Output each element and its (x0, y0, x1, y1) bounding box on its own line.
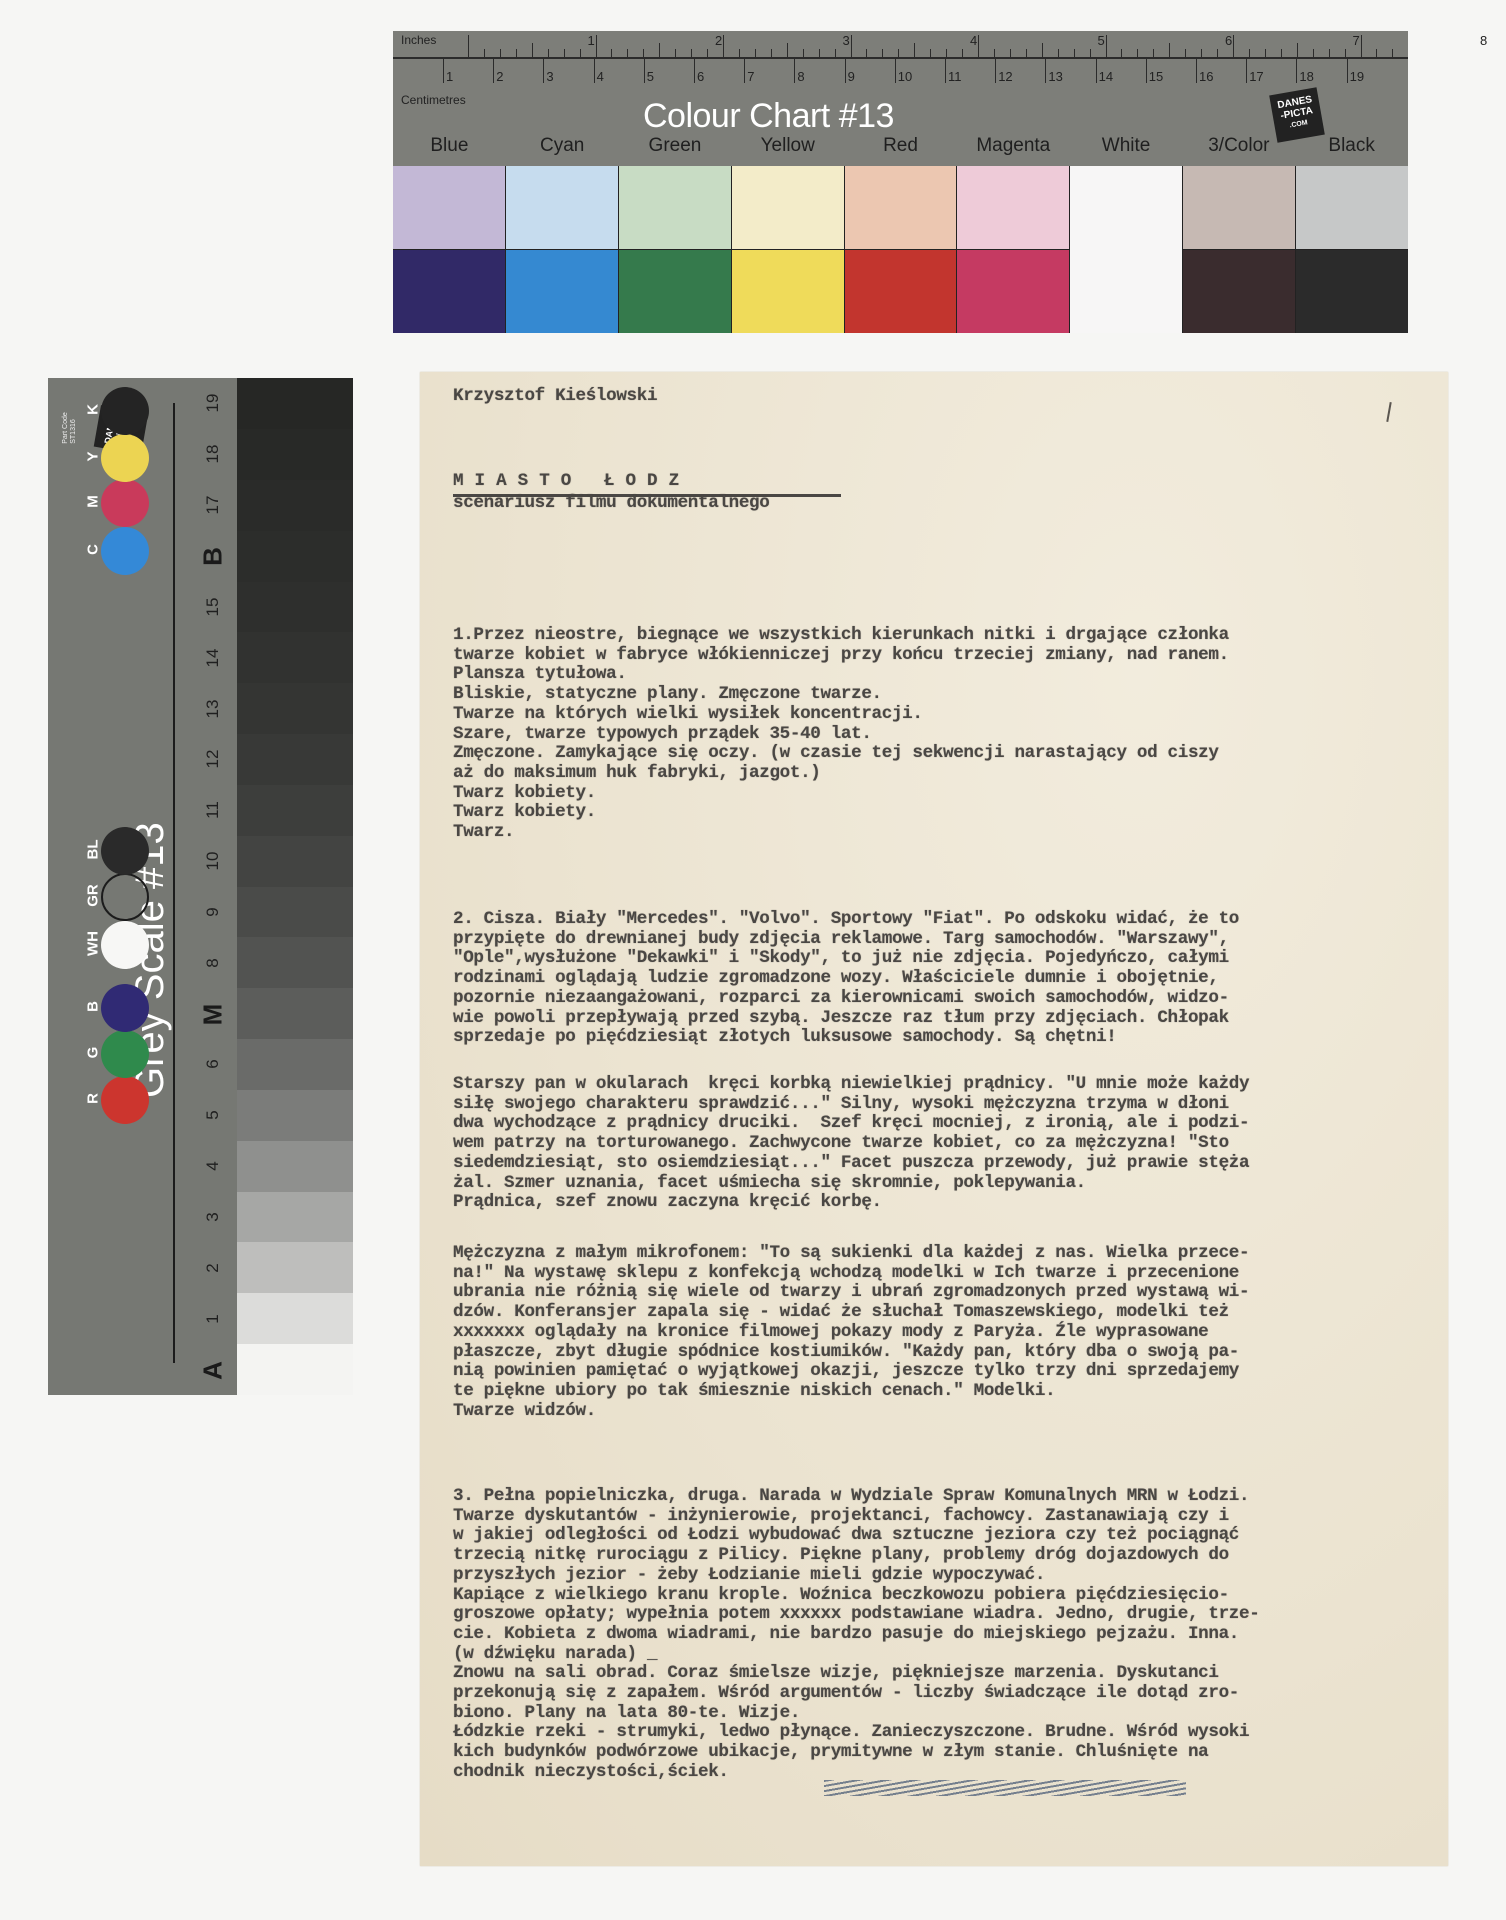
dot-bl (101, 827, 149, 875)
colour-patch-red (845, 166, 958, 333)
patch-label: Green (619, 135, 732, 159)
step-marker: 3 (203, 1202, 223, 1232)
cm-number: 16 (1199, 69, 1213, 84)
cm-number: 9 (848, 69, 855, 84)
colour-patches (393, 166, 1408, 333)
grey-step (237, 785, 353, 836)
colour-patch-white (1070, 166, 1183, 333)
dot-y (101, 434, 149, 482)
step-marker: 2 (203, 1253, 223, 1283)
step-marker: 4 (203, 1151, 223, 1181)
step-marker: 15 (203, 592, 223, 622)
dot-label: Y (85, 442, 102, 472)
grey-step (237, 1090, 353, 1141)
patch-label: 3/Color (1182, 135, 1295, 159)
step-marker: 19 (203, 388, 223, 418)
ruler: Inches 123456781234567891011121314151617… (393, 31, 1408, 89)
grey-scale-card: Part Code ST1316 DANES -PICTA .COM Grey … (48, 378, 353, 1395)
patch-label: Red (844, 135, 957, 159)
ruler-baseline (393, 57, 1408, 59)
step-marker: 12 (203, 744, 223, 774)
typed-document-page: Krzysztof Kieślowski MIASTO ŁODZ scenari… (420, 372, 1448, 1866)
grey-steps (237, 378, 353, 1395)
dot-b (101, 984, 149, 1032)
grey-step (237, 1192, 353, 1243)
cm-number: 5 (647, 69, 654, 84)
dot-m (101, 479, 149, 527)
cm-number: 15 (1149, 69, 1163, 84)
colour-patch-black (1296, 166, 1408, 333)
colour-patch-blue (393, 166, 506, 333)
colour-chart-title: Colour Chart #13 (643, 97, 894, 136)
step-marker: 14 (203, 643, 223, 673)
colour-patch-3-color (1183, 166, 1296, 333)
patch-label: Cyan (506, 135, 619, 159)
cm-number: 8 (797, 69, 804, 84)
grey-step (237, 1242, 353, 1293)
dot-label: C (85, 535, 102, 565)
patch-label: Magenta (957, 135, 1070, 159)
colour-patch-yellow (732, 166, 845, 333)
grey-step (237, 429, 353, 480)
grey-step (237, 378, 353, 429)
document-title: MIASTO ŁODZ (453, 472, 1443, 492)
cm-number: 10 (898, 69, 912, 84)
grey-step (237, 1039, 353, 1090)
step-marker: 11 (203, 795, 223, 825)
step-marker: 13 (203, 694, 223, 724)
author: Krzysztof Kieślowski (453, 387, 1443, 407)
dot-label: GR (85, 881, 102, 911)
step-marker: M (198, 997, 229, 1031)
grey-step (237, 937, 353, 988)
dot-label: B (85, 992, 102, 1022)
grey-step (237, 734, 353, 785)
colour-patch-magenta (957, 166, 1070, 333)
step-marker: 17 (203, 490, 223, 520)
cm-number: 17 (1249, 69, 1263, 84)
step-marker: 1 (203, 1304, 223, 1334)
dot-k (101, 387, 149, 435)
patch-labels: BlueCyanGreenYellowRedMagentaWhite3/Colo… (393, 135, 1408, 159)
cm-number: 4 (597, 69, 604, 84)
step-marker: B (198, 539, 229, 573)
grey-step (237, 887, 353, 938)
centimetres-label: Centimetres (401, 93, 466, 107)
step-marker: 18 (203, 439, 223, 469)
grey-step (237, 988, 353, 1039)
cm-number: 2 (496, 69, 503, 84)
divider-line (173, 403, 175, 1363)
inch-number: 6 (1225, 33, 1232, 48)
colour-patch-green (619, 166, 732, 333)
grey-step (237, 836, 353, 887)
cm-number: 1 (446, 69, 453, 84)
inch-number: 7 (1353, 33, 1360, 48)
patch-label: Black (1295, 135, 1408, 159)
crossed-out-text (824, 1780, 1186, 1796)
dot-g (101, 1030, 149, 1078)
dot-wh (101, 921, 149, 969)
inches-label: Inches (401, 33, 436, 47)
grey-step (237, 1293, 353, 1344)
patch-label: Yellow (731, 135, 844, 159)
step-marker: 9 (203, 897, 223, 927)
scene-2-generator: Starszy pan w okularach kręci korbką nie… (453, 1075, 1443, 1213)
inch-number: 2 (715, 33, 722, 48)
inch-number: 8 (1480, 33, 1487, 48)
colour-patch-cyan (506, 166, 619, 333)
scene-2: 2. Cisza. Biały "Mercedes". "Volvo". Spo… (453, 910, 1443, 1048)
cm-number: 6 (697, 69, 704, 84)
dot-gr (101, 873, 149, 921)
inch-number: 4 (970, 33, 977, 48)
cm-number: 3 (546, 69, 553, 84)
cm-number: 12 (998, 69, 1012, 84)
grey-step (237, 531, 353, 582)
grey-step (237, 683, 353, 734)
patch-label: Blue (393, 135, 506, 159)
dot-label: G (85, 1038, 102, 1068)
step-marker: 6 (203, 1049, 223, 1079)
dot-label: BL (85, 835, 102, 865)
step-marker: 5 (203, 1100, 223, 1130)
dot-label: WH (85, 929, 102, 959)
inch-number: 3 (843, 33, 850, 48)
cm-number: 19 (1350, 69, 1364, 84)
dot-label: M (85, 487, 102, 517)
step-marker: 10 (203, 846, 223, 876)
cm-number: 14 (1099, 69, 1113, 84)
cm-number: 18 (1299, 69, 1313, 84)
dot-r (101, 1076, 149, 1124)
colour-chart: Inches 123456781234567891011121314151617… (393, 31, 1408, 333)
grey-step (237, 582, 353, 633)
grey-step (237, 1141, 353, 1192)
inch-number: 1 (588, 33, 595, 48)
step-marker: A (198, 1353, 229, 1387)
scene-3: 3. Pełna popielniczka, druga. Narada w W… (453, 1487, 1443, 1783)
grey-step (237, 480, 353, 531)
step-marker: 8 (203, 948, 223, 978)
part-code: Part Code ST1316 (62, 412, 78, 444)
scene-1: 1.Przez nieostre, biegnące we wszystkich… (453, 626, 1443, 843)
grey-step (237, 1344, 353, 1395)
dot-c (101, 527, 149, 575)
patch-label: White (1070, 135, 1183, 159)
cm-number: 13 (1048, 69, 1062, 84)
cm-number: 11 (948, 69, 962, 84)
scene-2-fashion: Mężczyzna z małym mikrofonem: "To są suk… (453, 1244, 1443, 1421)
inch-number: 5 (1098, 33, 1105, 48)
cm-number: 7 (747, 69, 754, 84)
dot-label: K (85, 395, 102, 425)
grey-step (237, 632, 353, 683)
document-subtitle: scenariusz filmu dokumentalnego (453, 494, 1443, 514)
dot-label: R (85, 1084, 102, 1114)
